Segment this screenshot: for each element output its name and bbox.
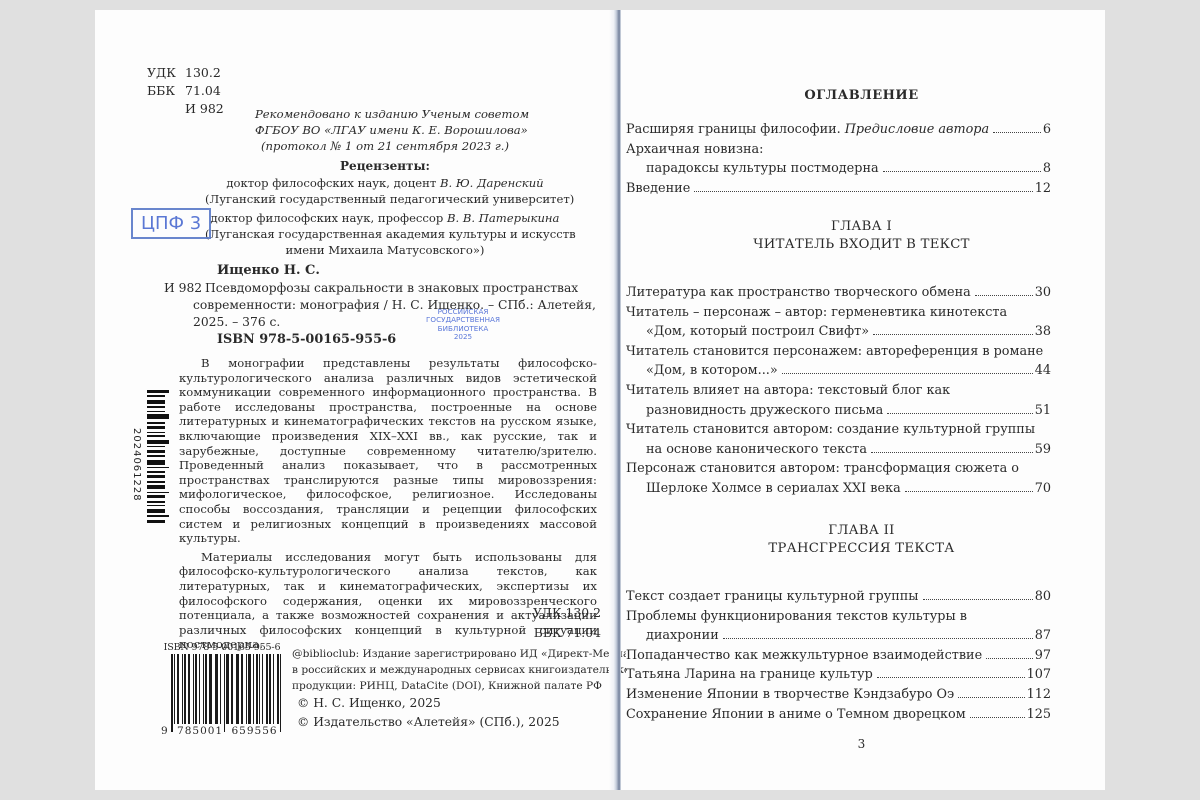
toc-page-number: 38 <box>1035 322 1051 342</box>
reviewer-name: В. В. Патерыкина <box>447 211 559 225</box>
bib-line: современности: монография / Н. С. Ищенко… <box>193 297 596 314</box>
toc-page-number: 80 <box>1035 587 1051 607</box>
reviewers-heading: Рецензенты: <box>205 158 565 174</box>
toc-page-number: 44 <box>1035 361 1051 381</box>
toc-page-number: 12 <box>1035 179 1051 199</box>
left-page-imprint: УДК130.2 ББК71.04 И 982 Рекомендовано к … <box>95 10 615 790</box>
toc-entry-title: диахронии <box>626 626 721 646</box>
barcode-bar <box>246 654 247 724</box>
bottom-udk: УДК 130.2 <box>499 603 601 623</box>
barcode-bar <box>195 654 198 724</box>
barcode-digits-right: 659556 <box>231 725 277 737</box>
toc-title: ОГЛАВЛЕНИЕ <box>618 86 1105 106</box>
catalog-mark: И 982 <box>164 280 202 297</box>
barcode-digits-left: 785001 <box>177 725 223 737</box>
barcode-digits: 9 785001 659556 <box>161 725 283 737</box>
reviewer-affiliation: имени Михаила Матусовского») <box>205 242 565 258</box>
barcode-bar <box>216 654 218 724</box>
toc-page-number: 59 <box>1035 440 1051 460</box>
barcode-bar <box>182 654 183 724</box>
toc-leader-dots <box>871 452 1033 453</box>
page-number: 3 <box>618 735 1105 755</box>
toc-leader-dots <box>905 491 1033 492</box>
toc-page-number: 30 <box>1035 283 1051 303</box>
bib-line: 2025. – 376 с. <box>193 314 596 331</box>
toc-entry: Литература как пространство творческого … <box>626 283 1051 303</box>
toc-entry-title: парадоксы культуры постмодерна <box>626 159 881 179</box>
barcode-bar <box>236 654 237 724</box>
toc-leader-dots <box>883 171 1041 172</box>
barcode-bar <box>253 654 254 724</box>
toc-page-number: 87 <box>1035 626 1051 646</box>
barcode-bar <box>147 505 165 506</box>
barcode-bar <box>147 435 165 437</box>
toc-page-number: 70 <box>1035 479 1051 499</box>
copyright-line: © Издательство «Алетейя» (СПб.), 2025 <box>297 713 560 732</box>
toc-leader-dots <box>887 413 1032 414</box>
recommendation-line: Рекомендовано к изданию Ученым советом <box>255 106 515 122</box>
toc-entry-title: «Дом, который построил Свифт» <box>626 322 871 342</box>
chapter-1-entries: Литература как пространство творческого … <box>626 283 1051 499</box>
author-heading: Ищенко Н. С. <box>217 263 320 278</box>
barcode-digit-first: 9 <box>161 725 168 737</box>
book-spread: УДК130.2 ББК71.04 И 982 Рекомендовано к … <box>95 10 1105 790</box>
barcode-bar <box>147 426 165 429</box>
barcode-bar <box>147 414 169 419</box>
barcode-bar <box>269 654 272 724</box>
toc-entry-title: Шерлоке Холмсе в сериалах XXI века <box>626 479 903 499</box>
toc-page-number: 97 <box>1035 646 1051 666</box>
registration-line: @biblioclub: Издание зарегистрировано ИД… <box>292 646 637 662</box>
toc-entry: Текст создает границы культурной группы8… <box>626 587 1051 607</box>
barcode-bar <box>231 654 233 724</box>
library-stamp-line: 2025 <box>418 333 508 341</box>
chapter-title: ЧИТАТЕЛЬ ВХОДИТ В ТЕКСТ <box>618 236 1105 254</box>
barcode-bar <box>199 654 200 724</box>
toc-entry: диахронии87 <box>626 626 1051 646</box>
bbk-value: 71.04 <box>185 83 221 98</box>
barcode-bar <box>177 654 180 724</box>
toc-leader-dots <box>694 191 1032 192</box>
barcode-bar <box>147 475 165 478</box>
reviewer-name: В. Ю. Даренский <box>440 176 544 190</box>
toc-entry-title: на основе канонического текста <box>626 440 869 460</box>
barcode-bar <box>147 520 165 523</box>
toc-leader-dots <box>923 599 1033 600</box>
barcode-bar <box>147 400 165 404</box>
registration-note: @biblioclub: Издание зарегистрировано ИД… <box>292 646 637 694</box>
udk-value: 130.2 <box>185 65 221 80</box>
bottom-bbk: ББК 71.04 <box>499 623 601 643</box>
barcode-bars <box>171 654 283 724</box>
chapter-number: ГЛАВА II <box>618 522 1105 540</box>
barcode-bar <box>184 654 186 724</box>
toc-entry-first-line: Проблемы функционирования текстов культу… <box>626 607 1051 627</box>
toc-entry: Введение12 <box>626 179 1051 199</box>
toc-entry-first-line: Архаичная новизна: <box>626 140 1051 160</box>
barcode-bar <box>147 390 169 393</box>
toc-entry: Сохранение Японии в аниме о Темном дворе… <box>626 705 1051 725</box>
toc-entry-title: «Дом, в котором...» <box>626 361 780 381</box>
barcode-bar <box>205 654 207 724</box>
reviewer-title: доктор философских наук, профессор <box>211 211 447 225</box>
barcode-isbn: ISBN 978-5-00165-955-6 <box>161 642 283 653</box>
chapter-1-heading: ГЛАВА I ЧИТАТЕЛЬ ВХОДИТ В ТЕКСТ <box>618 218 1105 254</box>
barcode-bar <box>277 654 279 724</box>
toc-leader-dots <box>958 697 1024 698</box>
toc-leader-dots <box>877 677 1025 678</box>
registration-line: продукции: РИНЦ, DataCite (DOI), Книжной… <box>292 678 637 694</box>
toc-entry: Татьяна Ларина на границе культур107 <box>626 665 1051 685</box>
toc-leader-dots <box>975 295 1033 296</box>
barcode-bar <box>215 654 216 724</box>
toc-leader-dots <box>970 717 1025 718</box>
barcode-bar <box>147 471 165 473</box>
toc-entry-title: Литература как пространство творческого … <box>626 283 973 303</box>
abstract-paragraph: В монографии представлены результаты фил… <box>179 356 597 546</box>
toc-entry-first-line: Читатель становится персонажем: авторефе… <box>626 342 1051 362</box>
copyright-block: © Н. С. Ищенко, 2025 © Издательство «Але… <box>297 694 560 731</box>
barcode-bar <box>220 654 221 724</box>
recommendation-line: ФГБОУ ВО «ЛГАУ имени К. Е. Ворошилова» <box>255 122 515 138</box>
barcode-bar <box>262 654 263 724</box>
right-page-contents: ОГЛАВЛЕНИЕ Расширяя границы философии. П… <box>618 10 1105 790</box>
toc-entry-title: Текст создает границы культурной группы <box>626 587 921 607</box>
toc-front-matter: Расширяя границы философии. Предисловие … <box>626 120 1051 198</box>
barcode-bar <box>241 654 243 724</box>
toc-leader-dots <box>986 658 1033 659</box>
barcode-bar <box>193 654 194 724</box>
classification-block: УДК130.2 ББК71.04 И 982 <box>147 64 224 118</box>
udk-label: УДК <box>147 64 185 82</box>
barcode-bar <box>259 654 260 724</box>
toc-entry-title: Введение <box>626 179 692 199</box>
chapter-2-heading: ГЛАВА II ТРАНСГРЕССИЯ ТЕКСТА <box>618 522 1105 558</box>
barcode-bar <box>174 654 175 724</box>
barcode-bar <box>147 492 169 493</box>
reviewers-block: Рецензенты: доктор философских наук, доц… <box>205 158 565 258</box>
barcode-bar <box>147 395 165 397</box>
bibliographic-description: Псевдоморфозы сакральности в знаковых пр… <box>205 280 596 331</box>
barcode-bar <box>280 654 281 732</box>
barcode-bar <box>224 654 225 732</box>
toc-entry: парадоксы культуры постмодерна8 <box>626 159 1051 179</box>
toc-page-number: 107 <box>1027 665 1051 685</box>
toc-entry: «Дом, в котором...»44 <box>626 361 1051 381</box>
barcode-bar <box>147 501 165 503</box>
toc-entry-title: Попаданчество как межкультурное взаимоде… <box>626 646 984 666</box>
barcode-bar <box>147 450 165 453</box>
reviewer-title: доктор философских наук, доцент <box>226 176 440 190</box>
registration-line: в российских и международных сервисах кн… <box>292 662 637 678</box>
barcode-bar <box>226 654 229 724</box>
reviewer-1: доктор философских наук, доцент В. Ю. Да… <box>205 175 565 191</box>
toc-entry: на основе канонического текста59 <box>626 440 1051 460</box>
toc-page-number: 8 <box>1043 159 1051 179</box>
barcode-bar <box>147 432 165 433</box>
bottom-classification: УДК 130.2 ББК 71.04 <box>499 603 601 643</box>
toc-entry-first-line: Читатель влияет на автора: текстовый бло… <box>626 381 1051 401</box>
toc-entry: Изменение Японии в творчестве Кэндзабуро… <box>626 685 1051 705</box>
toc-entry-first-line: Персонаж становится автором: трансформац… <box>626 459 1051 479</box>
barcode-bar <box>171 654 173 732</box>
barcode-bar <box>203 654 204 724</box>
toc-entry-title: Сохранение Японии в аниме о Темном дворе… <box>626 705 968 725</box>
barcode-bar <box>147 446 165 447</box>
barcode-bar <box>266 654 268 724</box>
toc-leader-dots <box>873 334 1033 335</box>
copyright-line: © Н. С. Ищенко, 2025 <box>297 694 560 713</box>
toc-leader-dots <box>993 132 1041 133</box>
toc-page-number: 112 <box>1027 685 1051 705</box>
barcode-bar <box>147 495 165 498</box>
reviewer-affiliation: (Луганский государственный педагогически… <box>205 191 565 207</box>
bib-line: Псевдоморфозы сакральности в знаковых пр… <box>205 280 596 297</box>
barcode-bar <box>147 440 169 444</box>
barcode-bar <box>147 509 165 513</box>
barcode-bar <box>188 654 190 724</box>
toc-entry: Расширяя границы философии. Предисловие … <box>626 120 1051 140</box>
barcode-bar <box>147 406 165 408</box>
bbk-label: ББК <box>147 82 185 100</box>
toc-page-number: 6 <box>1043 120 1051 140</box>
library-stamp: РОССИЙСКАЯ ГОСУДАРСТВЕННАЯ БИБЛИОТЕКА 20… <box>418 308 508 342</box>
toc-entry-title: Татьяна Ларина на границе культур <box>626 665 875 685</box>
barcode-bar <box>237 654 239 724</box>
isbn: ISBN 978-5-00165-955-6 <box>217 332 396 347</box>
chapter-2-entries: Текст создает границы культурной группы8… <box>626 587 1051 724</box>
barcode-bar <box>147 485 165 489</box>
barcode-bar <box>147 411 165 412</box>
barcode-bar <box>147 422 165 424</box>
chapter-title: ТРАНСГРЕССИЯ ТЕКСТА <box>618 540 1105 558</box>
toc-entry-first-line: Читатель – персонаж – автор: герменевтик… <box>626 303 1051 323</box>
barcode-bar <box>147 481 165 483</box>
barcode-bar <box>209 654 212 724</box>
toc-entry-title: Изменение Японии в творчестве Кэндзабуро… <box>626 685 956 705</box>
chapter-number: ГЛАВА I <box>618 218 1105 236</box>
toc-page-number: 51 <box>1035 401 1051 421</box>
barcode-bar <box>248 654 251 724</box>
toc-entry-title: Расширяя границы философии. Предисловие … <box>626 120 991 140</box>
toc-entry-first-line: Читатель становится автором: создание ку… <box>626 420 1051 440</box>
barcode-bar <box>147 515 169 517</box>
toc-entry: Шерлоке Холмсе в сериалах XXI века70 <box>626 479 1051 499</box>
toc-leader-dots <box>723 638 1033 639</box>
reviewer-2: доктор философских наук, профессор В. В.… <box>205 210 565 226</box>
toc-entry-italic: Предисловие автора <box>845 122 989 137</box>
barcode-bar <box>147 460 165 465</box>
toc-entry-title: разновидность дружеского письма <box>626 401 885 421</box>
toc-entry: Попаданчество как межкультурное взаимоде… <box>626 646 1051 666</box>
reviewer-affiliation: (Луганская государственная академия куль… <box>205 226 565 242</box>
barcode-bar <box>147 467 169 468</box>
author-mark: И 982 <box>185 101 224 116</box>
barcode-bar <box>147 455 165 457</box>
toc-entry: «Дом, который построил Свифт»38 <box>626 322 1051 342</box>
recommendation-line: (протокол № 1 от 21 сентября 2023 г.) <box>255 138 515 154</box>
barcode-bar <box>273 654 274 724</box>
toc-page-number: 125 <box>1027 705 1051 725</box>
recommendation-block: Рекомендовано к изданию Ученым советом Ф… <box>255 106 515 154</box>
side-barcode-number: 2024061228 <box>131 428 142 502</box>
barcode-bar <box>256 654 258 724</box>
isbn-barcode: ISBN 978-5-00165-955-6 9 785001 659556 <box>161 642 283 742</box>
toc-leader-dots <box>782 373 1033 374</box>
cpf-stamp: ЦПФ 3 <box>131 208 211 239</box>
toc-entry: разновидность дружеского письма51 <box>626 401 1051 421</box>
side-barcode <box>147 390 169 525</box>
